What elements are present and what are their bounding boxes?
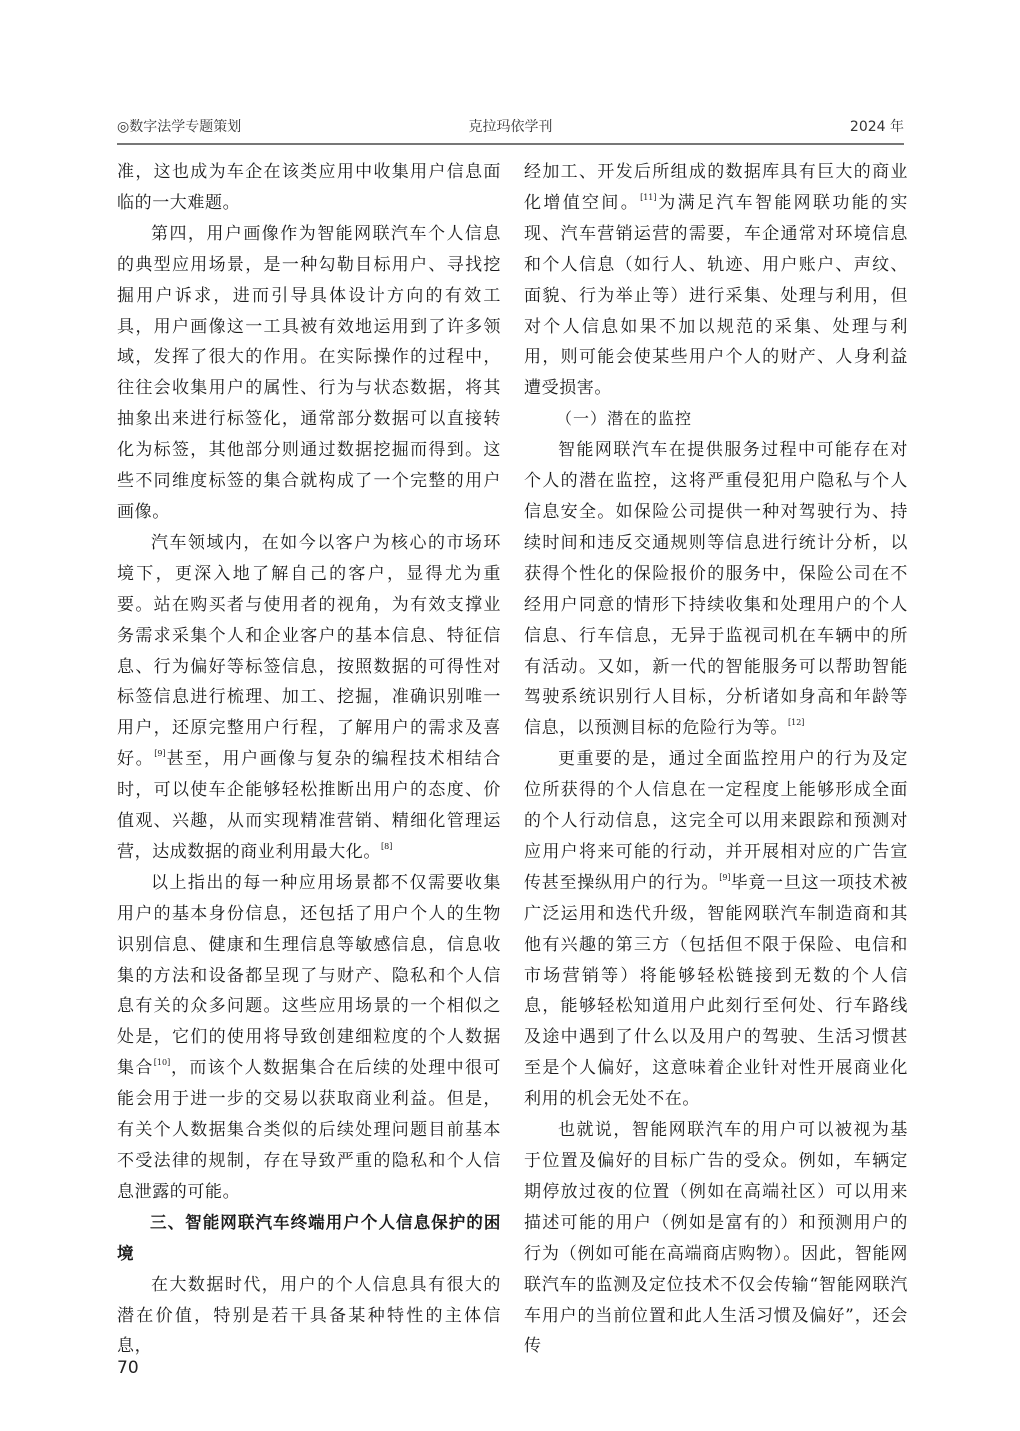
right-text-column: 经加工、开发后所组成的数据库具有巨大的商业化增值空间。[11]为满足汽车智能网联…	[524, 157, 908, 1362]
paragraph-text: 为满足汽车智能网联功能的实现、汽车营销运营的需要，车企通常对环境信息和个人信息（…	[524, 193, 908, 398]
paragraph: 智能网联汽车在提供服务过程中可能存在对个人的潜在监控，这将严重侵犯用户隐私与个人…	[524, 435, 908, 744]
citation-ref[interactable]: [12]	[788, 718, 804, 727]
citation-ref[interactable]: [9]	[154, 749, 165, 758]
paragraph-text: 以上指出的每一种应用场景都不仅需要收集用户的基本身份信息，还包括了用户个人的生物…	[117, 873, 501, 1078]
paragraph-text: ，而该个人数据集合在后续的处理中很可能会用于进一步的交易以获取商业利益。但是，有…	[117, 1058, 501, 1202]
paragraph-text: 毕竟一旦这一项技术被广泛运用和迭代升级，智能网联汽车制造商和其他有兴趣的第三方（…	[524, 873, 908, 1109]
subsection-heading: （一）潜在的监控	[524, 404, 908, 435]
paragraph: 汽车领域内，在如今以客户为核心的市场环境下，更深入地了解自己的客户，显得尤为重要…	[117, 528, 501, 868]
citation-ref[interactable]: [11]	[640, 193, 656, 202]
paragraph-text: 甚至，用户画像与复杂的编程技术相结合时，可以使车企能够轻松推断出用户的态度、价值…	[117, 749, 501, 862]
paragraph: 经加工、开发后所组成的数据库具有巨大的商业化增值空间。[11]为满足汽车智能网联…	[524, 157, 908, 404]
paragraph: 在大数据时代，用户的个人信息具有很大的潜在价值，特别是若干具备某种特性的主体信息…	[117, 1270, 501, 1363]
paragraph: 准，这也成为车企在该类应用中收集用户信息面临的一大难题。	[117, 157, 501, 219]
citation-ref[interactable]: [8]	[381, 842, 392, 851]
paragraph: 更重要的是，通过全面监控用户的行为及定位所获得的个人信息在一定程度上能够形成全面…	[524, 744, 908, 1115]
section-heading: 三、智能网联汽车终端用户个人信息保护的困境	[117, 1208, 501, 1270]
citation-ref[interactable]: [10]	[154, 1058, 170, 1067]
header-divider	[117, 143, 904, 145]
page-number: 70	[117, 1358, 139, 1378]
journal-title: 克拉玛依学刊	[117, 116, 904, 136]
paragraph: 以上指出的每一种应用场景都不仅需要收集用户的基本身份信息，还包括了用户个人的生物…	[117, 868, 501, 1208]
paragraph-text: 智能网联汽车在提供服务过程中可能存在对个人的潜在监控，这将严重侵犯用户隐私与个人…	[524, 440, 908, 738]
paragraph-text: 更重要的是，通过全面监控用户的行为及定位所获得的个人信息在一定程度上能够形成全面…	[524, 749, 908, 893]
running-header: ◎数字法学专题策划 克拉玛依学刊 2024 年	[117, 112, 904, 138]
header-year: 2024 年	[850, 116, 904, 136]
paragraph: 第四，用户画像作为智能网联汽车个人信息的典型应用场景，是一种勾勒目标用户、寻找挖…	[117, 219, 501, 528]
paragraph-text: 汽车领域内，在如今以客户为核心的市场环境下，更深入地了解自己的客户，显得尤为重要…	[117, 533, 501, 769]
paragraph: 也就说，智能网联汽车的用户可以被视为基于位置及偏好的目标广告的受众。例如，车辆定…	[524, 1115, 908, 1362]
citation-ref[interactable]: [9]	[719, 873, 730, 882]
left-text-column: 准，这也成为车企在该类应用中收集用户信息面临的一大难题。 第四，用户画像作为智能…	[117, 157, 501, 1362]
